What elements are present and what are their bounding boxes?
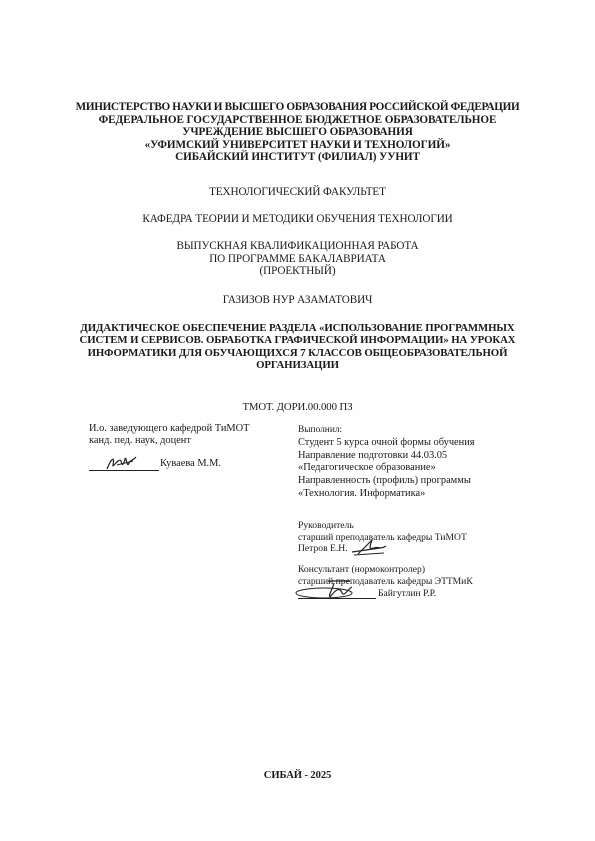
completed-by-line: Направление подготовки 44.03.05 [298, 450, 475, 463]
signature-field [298, 587, 376, 599]
title-line: ДИДАКТИЧЕСКОЕ ОБЕСПЕЧЕНИЕ РАЗДЕЛА «ИСПОЛ… [0, 322, 595, 334]
header-line: ФЕДЕРАЛЬНОЕ ГОСУДАРСТВЕННОЕ БЮДЖЕТНОЕ ОБ… [0, 114, 595, 127]
footer-city-year: СИБАЙ - 2025 [0, 770, 595, 783]
footer-text: СИБАЙ - 2025 [0, 770, 595, 783]
thesis-title: ДИДАКТИЧЕСКОЕ ОБЕСПЕЧЕНИЕ РАЗДЕЛА «ИСПОЛ… [0, 322, 595, 372]
completed-by-label: Выполнил: [298, 424, 475, 437]
supervisor-signature-line: Петров Е.Н. [298, 543, 467, 555]
completed-by-line: «Педагогическое образование» [298, 462, 475, 475]
document-code-text: ТМОТ. ДОРИ.00.000 ПЗ [0, 401, 595, 414]
header-line: МИНИСТЕРСТВО НАУКИ И ВЫСШЕГО ОБРАЗОВАНИЯ… [0, 101, 595, 114]
header-line: «УФИМСКИЙ УНИВЕРСИТЕТ НАУКИ И ТЕХНОЛОГИЙ… [0, 139, 595, 152]
work-type: ВЫПУСКНАЯ КВАЛИФИКАЦИОННАЯ РАБОТА ПО ПРО… [0, 240, 595, 278]
faculty: ТЕХНОЛОГИЧЕСКИЙ ФАКУЛЬТЕТ [0, 186, 595, 199]
signature-icon [103, 451, 139, 473]
consultant-name: Байгутлин Р.Р. [378, 588, 436, 599]
supervisor-label: Руководитель [298, 520, 467, 532]
supervisor-name: Петров Е.Н. [298, 543, 348, 554]
work-type-line: ПО ПРОГРАММЕ БАКАЛАВРИАТА [0, 253, 595, 266]
consultant-label: Консультант (нормоконтролер) [298, 564, 473, 576]
document-page: МИНИСТЕРСТВО НАУКИ И ВЫСШЕГО ОБРАЗОВАНИЯ… [0, 0, 595, 841]
department-text: КАФЕДРА ТЕОРИИ И МЕТОДИКИ ОБУЧЕНИЯ ТЕХНО… [0, 213, 595, 226]
signature-icon [350, 536, 390, 558]
title-line: СИСТЕМ И СЕРВИСОВ. ОБРАБОТКА ГРАФИЧЕСКОЙ… [0, 334, 595, 346]
head-of-department-block: И.о. заведующего кафедрой ТиМОТ канд. пе… [89, 423, 249, 471]
supervisor-block: Руководитель старший преподаватель кафед… [298, 520, 467, 555]
department: КАФЕДРА ТЕОРИИ И МЕТОДИКИ ОБУЧЕНИЯ ТЕХНО… [0, 213, 595, 226]
institution-header: МИНИСТЕРСТВО НАУКИ И ВЫСШЕГО ОБРАЗОВАНИЯ… [0, 101, 595, 164]
consultant-signature-line: Байгутлин Р.Р. [298, 587, 473, 599]
head-signature-line: Куваева М.М. [89, 457, 249, 471]
faculty-text: ТЕХНОЛОГИЧЕСКИЙ ФАКУЛЬТЕТ [0, 186, 595, 199]
head-name: Куваева М.М. [160, 458, 221, 469]
signature-field [350, 545, 388, 555]
head-degree: канд. пед. наук, доцент [89, 435, 249, 447]
title-line: ИНФОРМАТИКИ ДЛЯ ОБУЧАЮЩИХСЯ 7 КЛАССОВ ОБ… [0, 347, 595, 359]
header-line: УЧРЕЖДЕНИЕ ВЫСШЕГО ОБРАЗОВАНИЯ [0, 126, 595, 139]
completed-by-line: Направленность (профиль) программы [298, 475, 475, 488]
consultant-block: Консультант (нормоконтролер) старший пре… [298, 564, 473, 599]
title-line: ОРГАНИЗАЦИИ [0, 359, 595, 371]
completed-by-line: «Технология. Информатика» [298, 488, 475, 501]
work-type-line: ВЫПУСКНАЯ КВАЛИФИКАЦИОННАЯ РАБОТА [0, 240, 595, 253]
author: ГАЗИЗОВ НУР АЗАМАТОВИЧ [0, 294, 595, 307]
signature-icon [294, 577, 364, 601]
header-line: СИБАЙСКИЙ ИНСТИТУТ (ФИЛИАЛ) УУНИТ [0, 151, 595, 164]
document-code: ТМОТ. ДОРИ.00.000 ПЗ [0, 401, 595, 414]
head-position: И.о. заведующего кафедрой ТиМОТ [89, 423, 249, 435]
completed-by-line: Студент 5 курса очной формы обучения [298, 437, 475, 450]
signature-field [89, 457, 159, 471]
completed-by-block: Выполнил: Студент 5 курса очной формы об… [298, 424, 475, 501]
work-type-line: (ПРОЕКТНЫЙ) [0, 265, 595, 278]
author-name: ГАЗИЗОВ НУР АЗАМАТОВИЧ [0, 294, 595, 307]
